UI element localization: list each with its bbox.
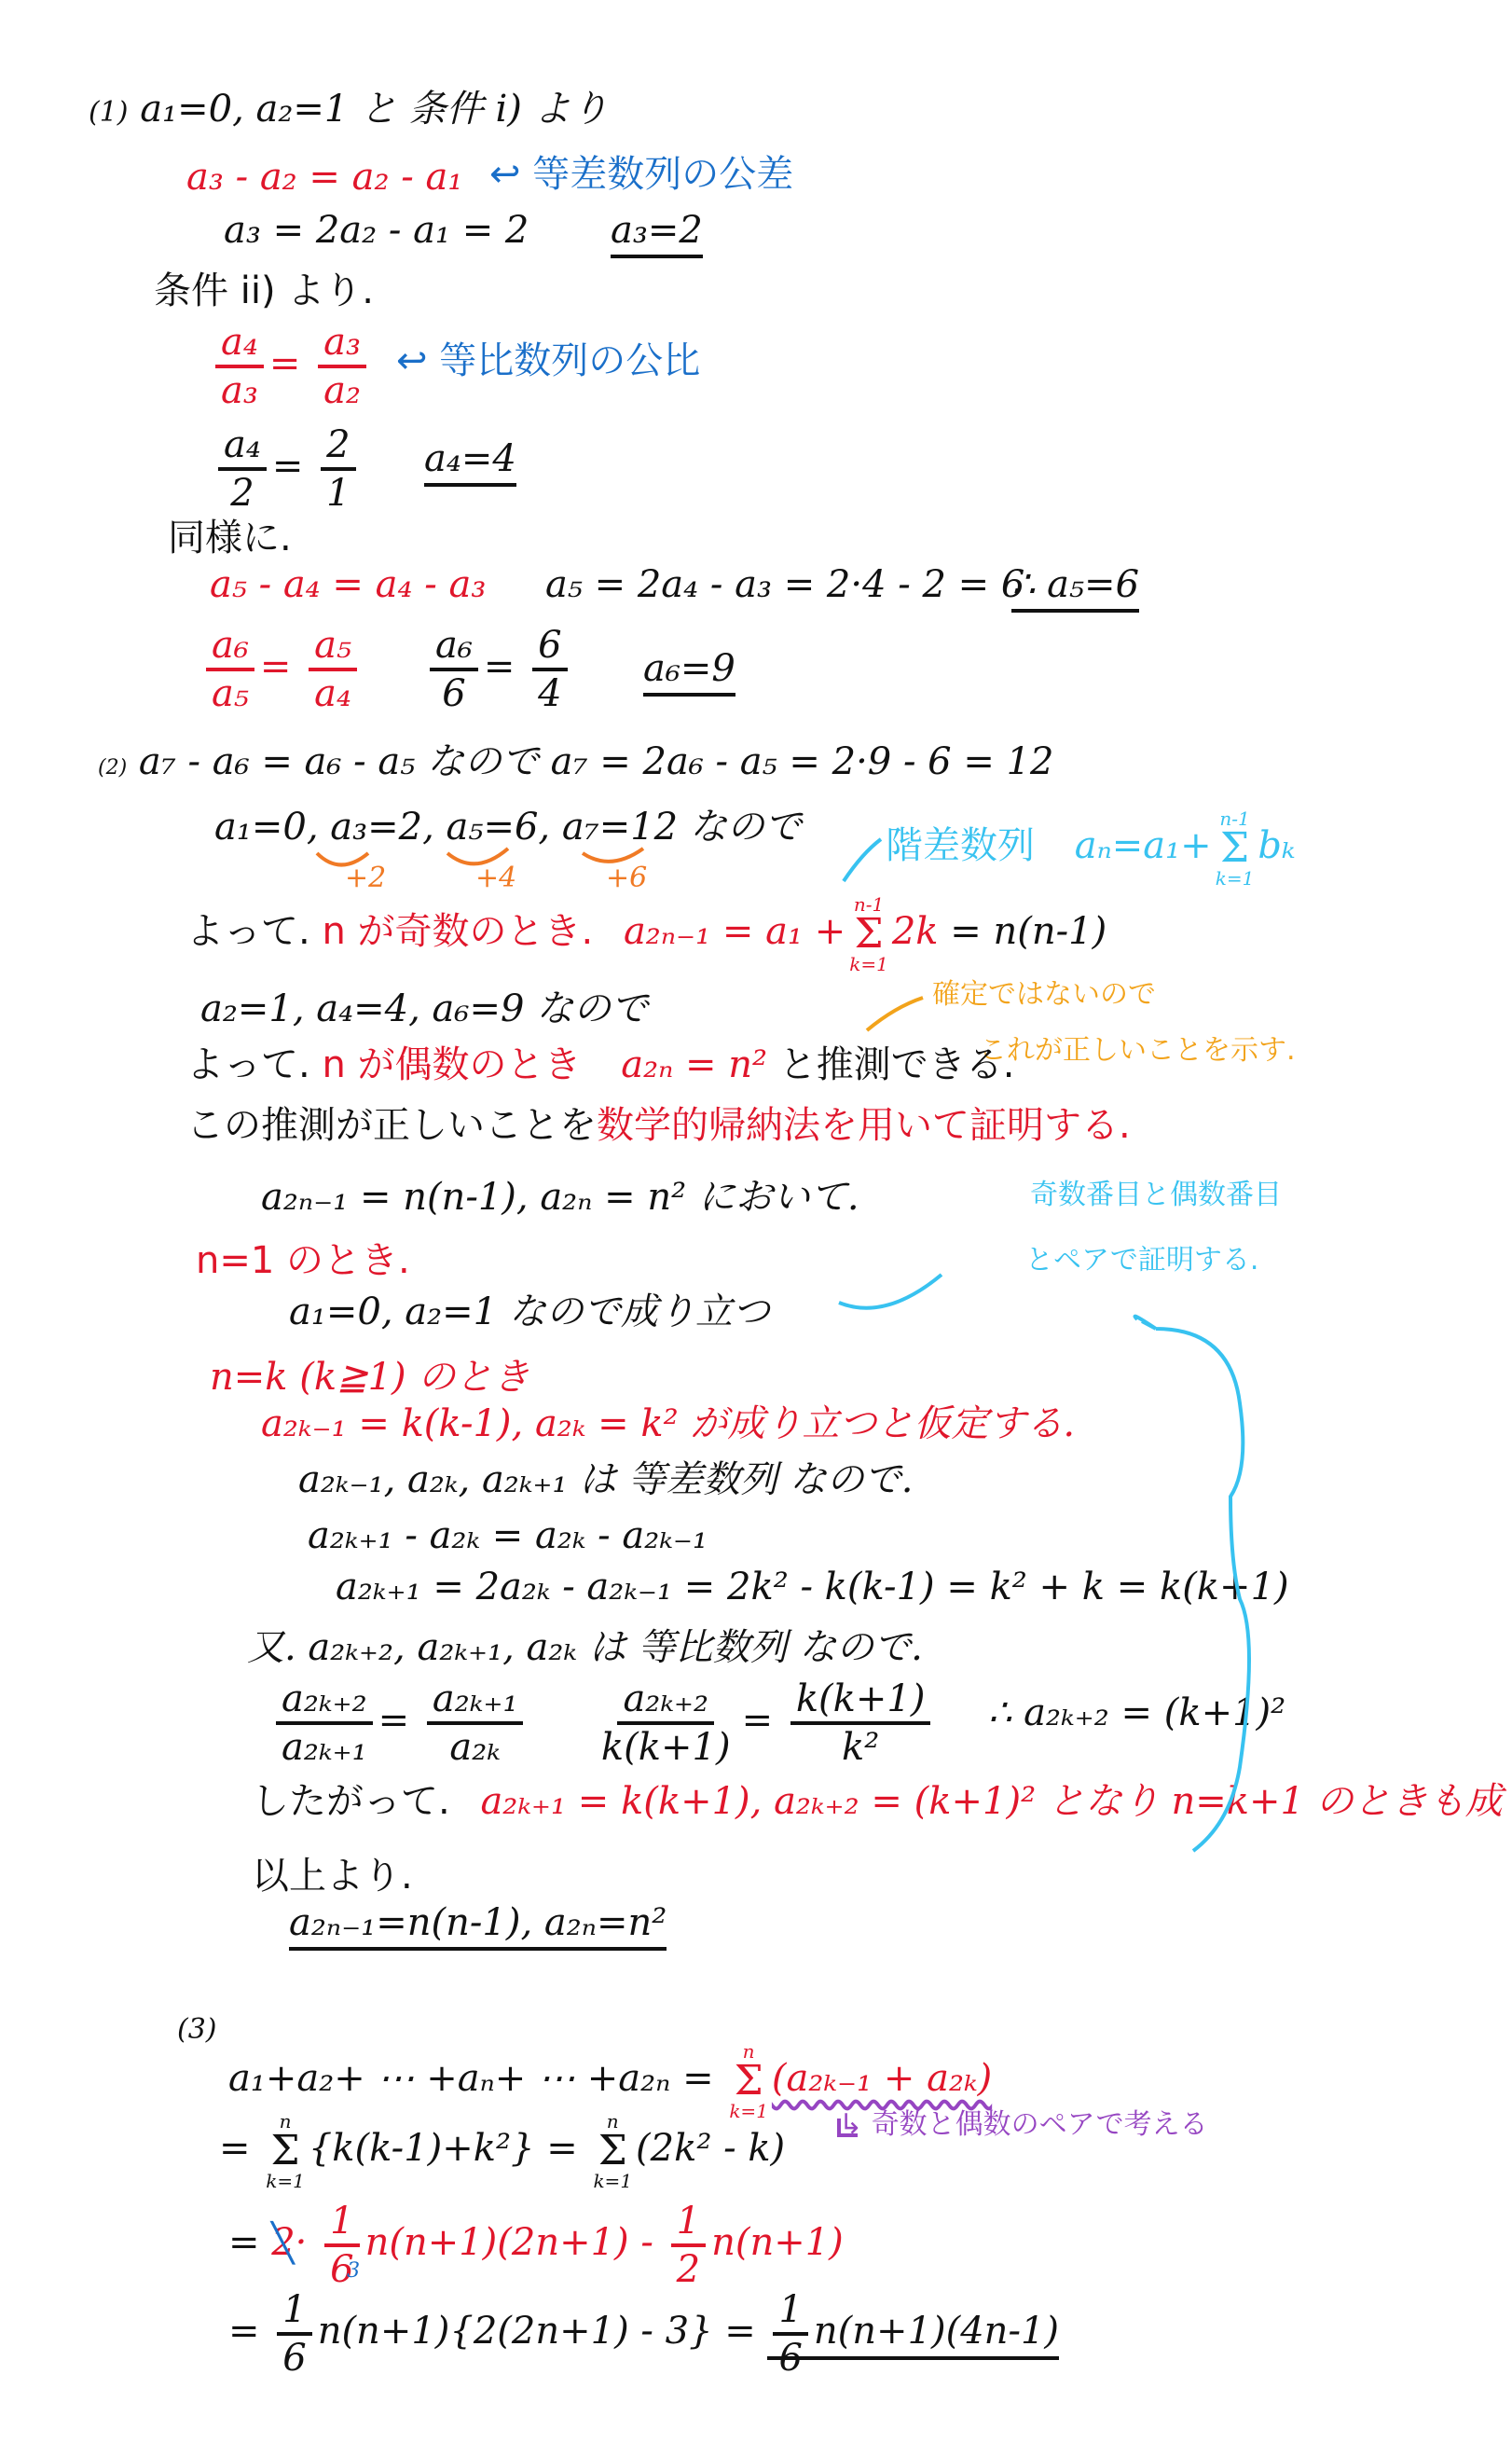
geo-result: ∴ a₂ₖ₊₂ = (k+1)² xyxy=(988,1692,1285,1733)
a6-answer: a₆=9 xyxy=(643,648,735,697)
induction-method: 数学的帰納法を用いて証明する. xyxy=(597,1104,1131,1147)
above-label: 以上より. xyxy=(252,1856,413,1897)
odd-values: a₁=0, a₃=2, a₅=6, a₇=12 なので xyxy=(214,807,802,848)
a4-equation: a₄2= 21 xyxy=(213,424,362,514)
diff-plus-4: +4 xyxy=(475,863,516,893)
part3-label: (3) xyxy=(177,2014,217,2045)
diff-plus-2: +2 xyxy=(345,863,386,893)
arith-eq: a₂ₖ₊₁ - a₂ₖ = a₂ₖ - a₂ₖ₋₁ xyxy=(308,1515,708,1556)
even-case-line: よって. n が偶数のとき a₂ₙ = n² と推測できる. xyxy=(186,1044,1015,1085)
even-formula: a₂ₙ = n² xyxy=(621,1043,767,1086)
part2-label: (2) xyxy=(98,756,127,780)
claim: a₂ₙ₋₁ = n(n-1), a₂ₙ = n² において. xyxy=(261,1177,859,1218)
a5-calculation: a₅ = 2a₄ - a₃ = 2·4 - 2 = 6 xyxy=(545,564,1024,605)
a5-arith-eq: a₅ - a₄ = a₄ - a₃ xyxy=(210,564,486,605)
note-odd-even-pair: ↳ 奇数と偶数のペアで考える xyxy=(839,2109,1208,2140)
a6-equation: a₆6= 64 xyxy=(424,625,573,714)
note-text: 等比数列の公比 xyxy=(439,339,700,382)
arrow-icon: ↩ xyxy=(489,153,532,196)
geo-condition-eq: a₄a₃= a₃a₂ xyxy=(210,322,372,411)
geo-seq-statement: 又. a₂ₖ₊₂, a₂ₖ₊₁, a₂ₖ は 等比数列 なので. xyxy=(247,1627,923,1668)
note-uncertain-1: 確定ではないので xyxy=(932,979,1156,1010)
note-kaisa: 階差数列 aₙ=a₁+n-1Σk=1bₖ xyxy=(886,809,1296,888)
similarly-label: 同様に. xyxy=(168,518,292,559)
a4-answer: a₄=4 xyxy=(424,438,516,487)
note-arith-diff: ↩ 等差数列の公差 xyxy=(489,154,793,195)
sum-line-2: = nΣk=1{k(k-1)+k²} = nΣk=1(2k² - k) xyxy=(219,2112,785,2190)
condition-ii: 条件 ii) より. xyxy=(154,270,374,311)
a6-geo-eq: a₆a₅= a₅a₄ xyxy=(200,625,363,714)
a3-calculation: a₃ = 2a₂ - a₁ = 2 xyxy=(224,210,529,251)
note-geo-ratio: ↩ 等比数列の公比 xyxy=(396,340,700,381)
part1-label: (1) xyxy=(89,96,129,129)
odd-case-line: よって. n が奇数のとき. a₂ₙ₋₁ = a₁ +n-1Σk=12k = n… xyxy=(186,895,1107,973)
arith-condition-eq: a₃ - a₂ = a₂ - a₁ xyxy=(186,157,462,198)
induction-hypothesis: a₂ₖ₋₁ = k(k-1), a₂ₖ = k² が成り立つと仮定する. xyxy=(261,1403,1075,1444)
induction-case: n=k (k≧1) のとき xyxy=(210,1357,529,1398)
sum-line-3: = 2· ╲ 163n(n+1)(2n+1) - 12n(n+1) xyxy=(228,2201,844,2290)
note-text: 奇数と偶数のペアで考える xyxy=(872,2108,1208,2141)
pair-sum-term: (a₂ₖ₋₁ + a₂ₖ) xyxy=(772,2057,992,2100)
proof-intro-line: この推測が正しいことを数学的帰納法を用いて証明する. xyxy=(186,1105,1131,1146)
part3-final-answer: 16n(n+1)(4n-1) xyxy=(767,2310,1059,2360)
a7-line: (2) a₇ - a₆ = a₆ - a₅ なので a₇ = 2a₆ - a₅ … xyxy=(98,741,1053,782)
cancel-mark-icon: ╲ xyxy=(271,2223,294,2264)
conclusion-line: したがって. a₂ₖ₊₁ = k(k+1), a₂ₖ₊₂ = (k+1)² とな… xyxy=(252,1781,1512,1822)
note-uncertain-2: これが正しいことを示す. xyxy=(979,1035,1296,1066)
arrow-icon: ↩ xyxy=(396,339,439,382)
diff-plus-6: +6 xyxy=(606,863,647,893)
base-case: n=1 のとき. xyxy=(196,1240,410,1281)
even-values: a₂=1, a₄=4, a₆=9 なので xyxy=(200,988,648,1029)
note-pair-2: とペアで証明する. xyxy=(1025,1245,1258,1276)
induction-conclusion: a₂ₖ₊₁ = k(k+1), a₂ₖ₊₂ = (k+1)² となり n=k+1… xyxy=(480,1780,1512,1823)
arrow-icon: ↳ xyxy=(839,2108,872,2141)
note-text: 等差数列の公差 xyxy=(532,153,793,196)
sum-line-4: = 16n(n+1){2(2n+1) - 3} = 16n(n+1)(4n-1) xyxy=(228,2289,1059,2379)
a5-answer: ∴ a₅=6 xyxy=(1011,564,1139,613)
arith-seq-statement: a₂ₖ₋₁, a₂ₖ, a₂ₖ₊₁ は 等差数列 なので. xyxy=(298,1459,913,1500)
arith-calc: a₂ₖ₊₁ = 2a₂ₖ - a₂ₖ₋₁ = 2k² - k(k-1) = k²… xyxy=(336,1567,1289,1608)
a3-answer: a₃=2 xyxy=(611,210,703,258)
part1-intro: (1) a₁=0, a₂=1 と 条件 i) より xyxy=(89,89,609,130)
odd-case: n が奇数のとき. xyxy=(322,910,593,953)
geo-ratio-eq: a₂ₖ₊₂a₂ₖ₊₁= a₂ₖ₊₁a₂ₖ a₂ₖ₊₂k(k+1)= k(k+1)… xyxy=(270,1678,936,1768)
given-values: a₁=0, a₂=1 と 条件 i) より xyxy=(140,88,608,131)
a7-calc: a₇ - a₆ = a₆ - a₅ なので a₇ = 2a₆ - a₅ = 2·… xyxy=(139,740,1054,783)
base-result: a₁=0, a₂=1 なので成り立つ xyxy=(289,1291,770,1332)
cancelled-denominator: 3 xyxy=(347,2260,360,2283)
part2-final-answer: a₂ₙ₋₁=n(n-1), a₂ₙ=n² xyxy=(289,1902,667,1951)
even-case: n が偶数のとき xyxy=(322,1043,581,1086)
note-pair-1: 奇数番目と偶数番目 xyxy=(1030,1180,1282,1210)
